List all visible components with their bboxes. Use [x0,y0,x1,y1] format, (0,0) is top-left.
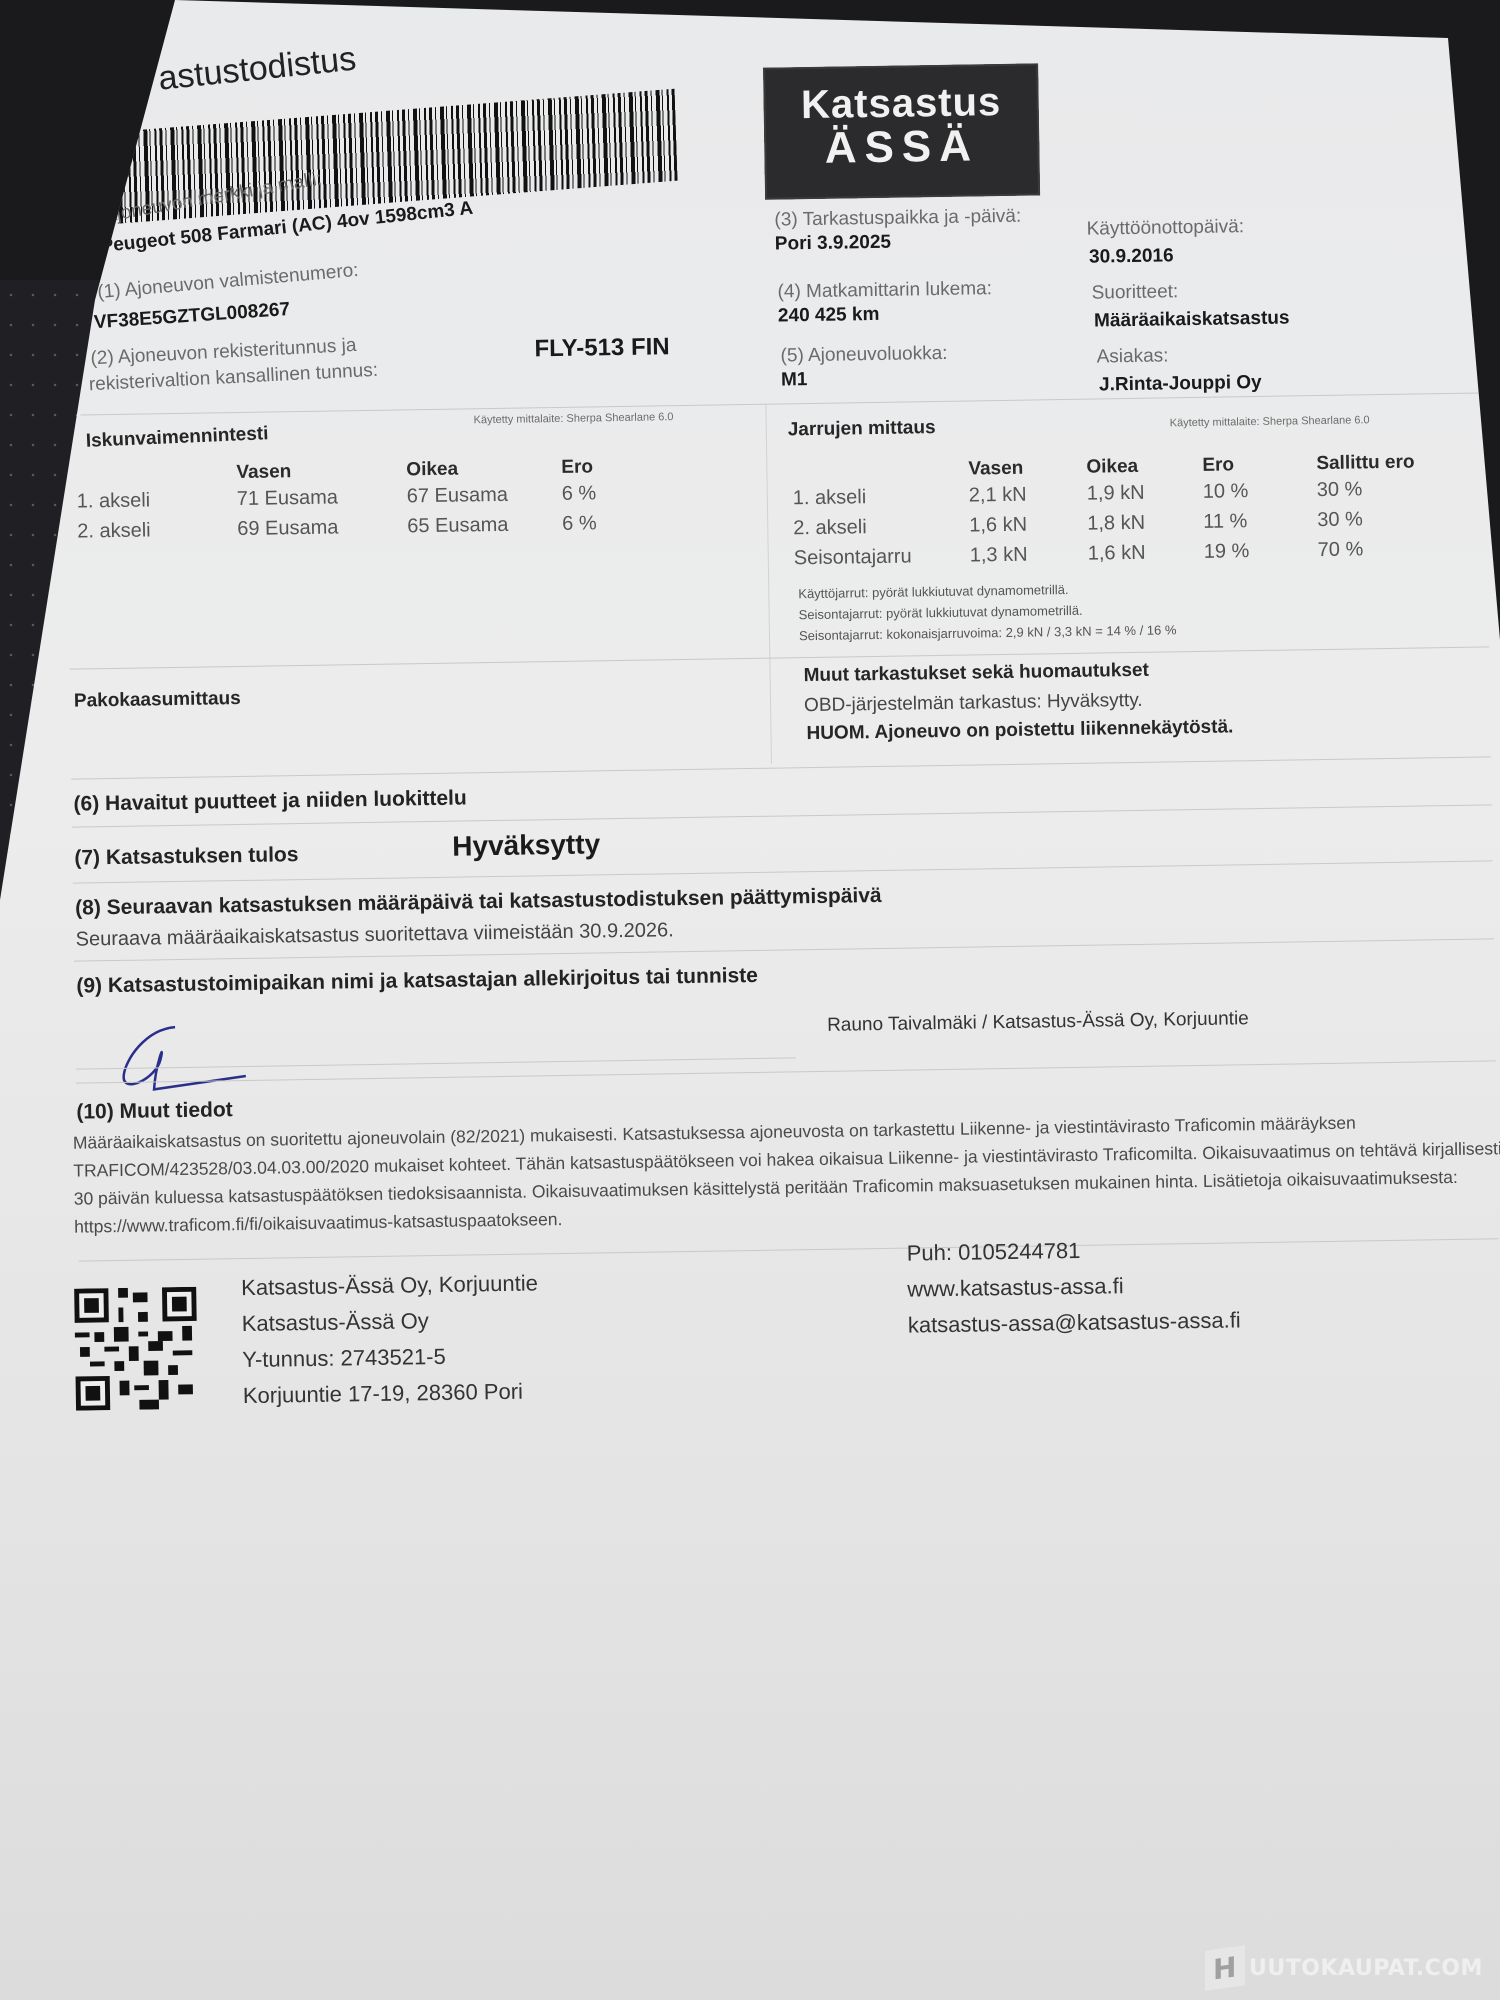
col-right: Oikea [406,457,561,481]
qr-code-icon [71,1287,201,1411]
watermark-logo-icon: H [1205,1945,1245,1991]
other-info-label: (10) Muut tiedot [76,1098,233,1124]
registration-value: FLY-513 FIN [534,333,670,363]
cell: 65 Eusama [407,509,562,541]
address-line: Korjuuntie 17-19, 28360 Pori [243,1373,540,1414]
website-link[interactable]: www.katsastus-assa.fi [907,1266,1240,1307]
shock-test-table: Vasen Oikea Ero 1. akseli 71 Eusama 67 E… [76,456,642,547]
place-date-label: (3) Tarkastuspaikka ja -päivä: [774,206,1021,232]
brake-test-title: Jarrujen mittaus [788,417,936,441]
divider [76,1060,1496,1083]
next-inspection-text: Seuraava määräaikaiskatsastus suoritetta… [76,919,674,951]
cell: Seisontajarru [794,541,970,574]
cell: 1. akseli [793,481,969,514]
company-address: Katsastus-Ässä Oy, Korjuuntie Katsastus-… [241,1265,540,1414]
signature-icon [115,1018,266,1100]
address-line: Y-tunnus: 2743521-5 [242,1337,539,1378]
shock-test-device: Käytetty mittalaite: Sherpa Shearlane 6.… [473,411,673,426]
exhaust-title: Pakokaasumittaus [74,688,241,713]
vehicle-class-label: (5) Ajoneuvoluokka: [780,343,947,368]
cell: 1,9 kN [1087,477,1203,509]
result-label: (7) Katsastuksen tulos [74,843,298,871]
col-left: Vasen [968,457,1086,481]
cell: 6 % [562,478,642,509]
watermark: H UUTOKAUPAT.COM [1205,1948,1483,1988]
vin-label: (1) Ajoneuvon valmistenumero: [97,260,360,304]
obd-check: OBD-järjestelmän tarkastus: Hyväksytty. [804,690,1143,717]
customer-value: J.Rinta-Jouppi Oy [1099,372,1262,397]
cell: 67 Eusama [407,479,562,511]
cell: 30 % [1317,503,1447,535]
phone: Puh: 0105244781 [906,1230,1239,1271]
company-logo: Katsastus ÄSSÄ [763,63,1040,199]
divider [80,392,1490,415]
cell: 2. akseli [793,511,969,544]
brake-note: Seisontajarrut: kokonaisjarruvoima: 2,9 … [799,619,1177,646]
divider-vertical [765,404,772,764]
place-date-value: Pori 3.9.2025 [775,232,892,256]
col-diff: Ero [1202,453,1316,477]
cell: 1,6 kN [1088,537,1204,569]
cell: 71 Eusama [237,481,407,514]
company-contact: Puh: 0105244781 www.katsastus-assa.fi ka… [906,1230,1241,1343]
customer-label: Asiakas: [1096,345,1168,368]
first-use-value: 30.9.2016 [1089,245,1174,268]
performed-value: Määräaikaiskatsastus [1094,307,1290,332]
other-info-text: Määräaikaiskatsastus on suoritettu ajone… [73,1106,1500,1240]
brake-notes: Käyttöjarrut: pyörät lukkiutuvat dynamom… [798,577,1176,646]
logo-line2: ÄSSÄ [764,120,1040,174]
inspection-certificate-paper: astustodistus Katsastus ÄSSÄ Ajoneuvon m… [0,0,1500,2000]
other-checks-title: Muut tarkastukset sekä huomautukset [803,660,1149,687]
vehicle-class-value: M1 [781,369,808,391]
cell: 1,8 kN [1087,507,1203,539]
address-line: Katsastus-Ässä Oy [241,1301,538,1342]
cell: 1,6 kN [969,509,1087,541]
col-axle [792,459,968,484]
email-link[interactable]: katsastus-assa@katsastus-assa.fi [908,1302,1241,1343]
cell: 6 % [562,508,642,539]
logo-line1: Katsastus [763,79,1039,128]
signature-label: (9) Katsastustoimipaikan nimi ja katsast… [76,964,758,999]
cell: 69 Eusama [237,511,407,544]
divider [79,1238,1499,1261]
cell: 10 % [1203,475,1317,507]
odometer-value: 240 425 km [778,304,880,328]
watermark-text: UUTOKAUPAT.COM [1249,1956,1483,1981]
defects-label: (6) Havaitut puutteet ja niiden luokitte… [73,786,467,816]
brake-test-device: Käytetty mittalaite: Sherpa Shearlane 6.… [1170,414,1370,429]
cell: 2. akseli [77,514,237,547]
odometer-label: (4) Matkamittarin lukema: [777,278,992,303]
cell: 19 % [1203,535,1317,567]
document-title: astustodistus [157,40,358,99]
cell: 1. akseli [77,484,237,517]
inspector-name: Rauno Taivalmäki / Katsastus-Ässä Oy, Ko… [827,1008,1249,1037]
first-use-label: Käyttöönottopäivä: [1086,216,1244,240]
col-diff: Ero [561,456,641,479]
divider [69,646,1489,669]
cell: 30 % [1317,473,1447,505]
cell: 2,1 kN [969,479,1087,511]
certificate-content: astustodistus Katsastus ÄSSÄ Ajoneuvon m… [0,0,1500,1512]
col-axle [76,462,236,487]
shock-test-title: Iskunvaimennintesti [85,423,268,453]
cell: 11 % [1203,505,1317,537]
next-inspection-label: (8) Seuraavan katsastuksen määräpäivä ta… [75,884,882,921]
cell: 70 % [1317,533,1447,565]
col-right: Oikea [1086,455,1202,479]
divider [71,756,1491,779]
col-allowed: Sallittu ero [1316,451,1446,475]
cell: 1,3 kN [970,539,1088,571]
address-line: Katsastus-Ässä Oy, Korjuuntie [241,1265,538,1306]
result-value: Hyväksytty [452,828,600,862]
vin-value: VF38E5GZTGL008267 [93,299,290,334]
brake-test-table: Vasen Oikea Ero Sallittu ero 1. akseli 2… [792,451,1448,573]
col-left: Vasen [236,459,406,484]
performed-label: Suoritteet: [1091,281,1178,304]
removed-from-traffic-note: HUOM. Ajoneuvo on poistettu liikennekäyt… [806,716,1233,745]
